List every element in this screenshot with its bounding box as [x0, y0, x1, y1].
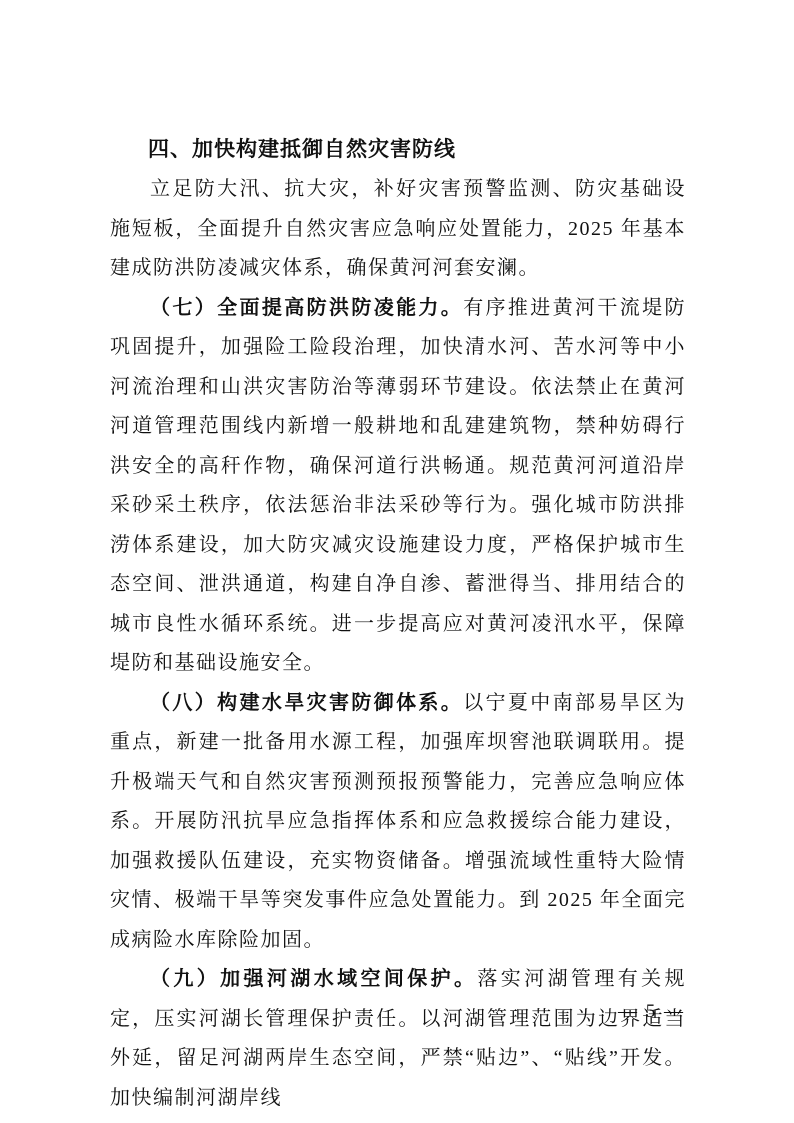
paragraph-text: 立足防大汛、抗大灾，补好灾害预警监测、防灾基础设施短板，全面提升自然灾害应急响应…	[110, 178, 686, 279]
section-heading: 四、加快构建抵御自然灾害防线	[110, 130, 686, 170]
paragraph-item-8: （八）构建水旱灾害防御体系。以宁夏中南部易旱区为重点，新建一批备用水源工程，加强…	[110, 684, 686, 961]
page-number: — 5 —	[618, 1001, 685, 1023]
paragraph-item-7: （七）全面提高防洪防凌能力。有序推进黄河干流堤防巩固提升，加强险工险段治理，加快…	[110, 289, 686, 684]
paragraph-intro: 立足防大汛、抗大灾，补好灾害预警监测、防灾基础设施短板，全面提升自然灾害应急响应…	[110, 170, 686, 289]
paragraph-text: 有序推进黄河干流堤防巩固提升，加强险工险段治理，加快清水河、苦水河等中小河流治理…	[110, 297, 686, 675]
paragraph-item-9: （九）加强河湖水域空间保护。落实河湖管理有关规定，压实河湖长管理保护责任。以河湖…	[110, 960, 686, 1118]
paragraph-lead: （七）全面提高防洪防凌能力。	[150, 297, 463, 319]
paragraph-lead: （八）构建水旱灾害防御体系。	[150, 692, 463, 714]
document-content: 四、加快构建抵御自然灾害防线 立足防大汛、抗大灾，补好灾害预警监测、防灾基础设施…	[110, 130, 686, 1118]
document-page: 四、加快构建抵御自然灾害防线 立足防大汛、抗大灾，补好灾害预警监测、防灾基础设施…	[0, 0, 794, 1123]
paragraph-text: 以宁夏中南部易旱区为重点，新建一批备用水源工程，加强库坝窖池联调联用。提升极端天…	[110, 692, 686, 951]
paragraph-lead: （九）加强河湖水域空间保护。	[150, 968, 477, 990]
